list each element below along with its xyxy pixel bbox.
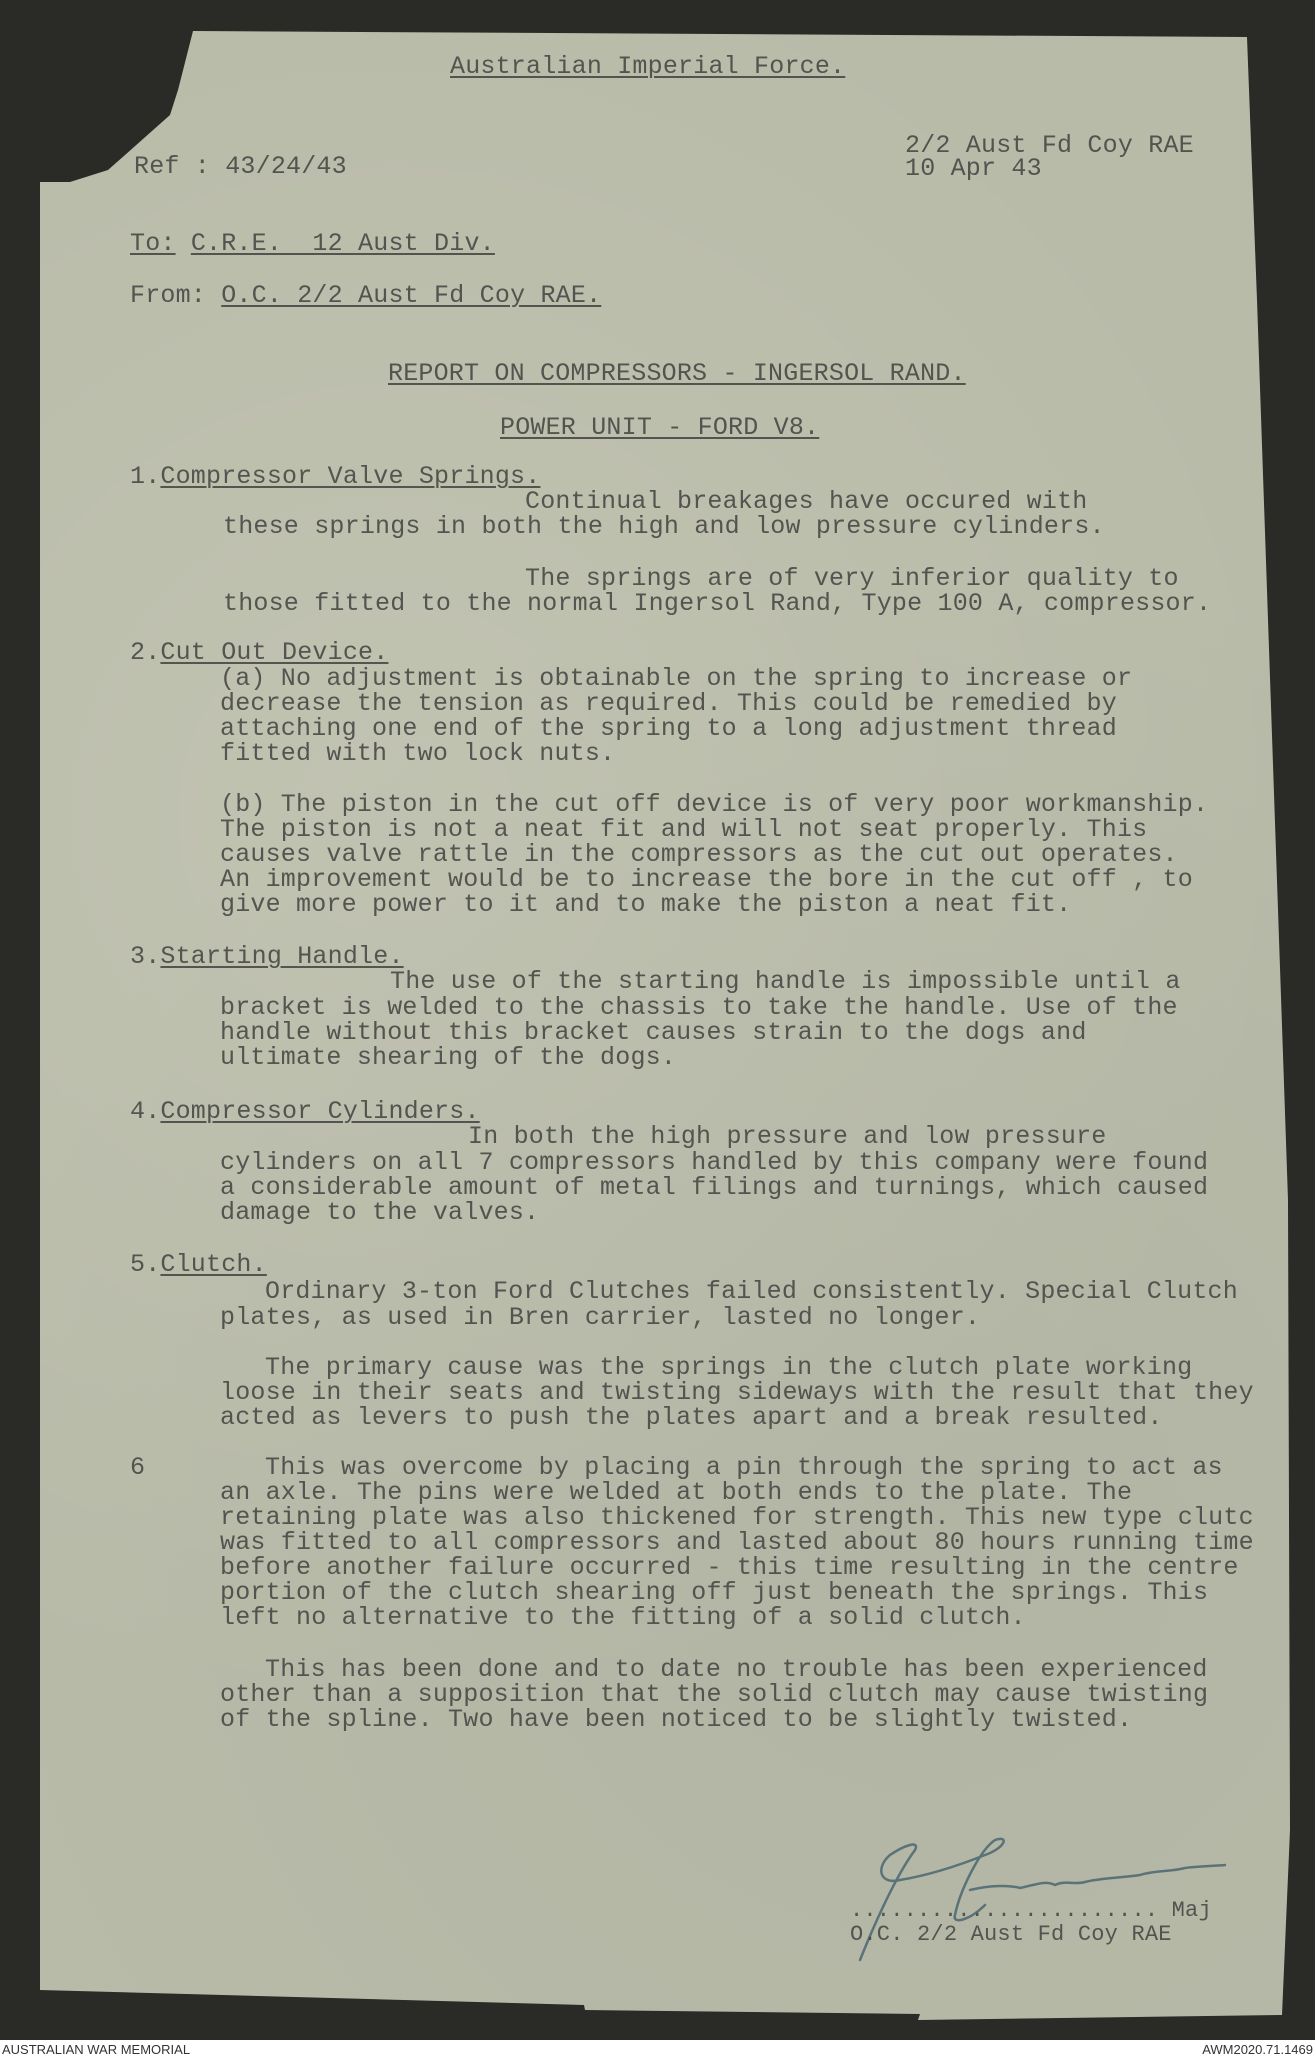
- body-line: give more power to it and to make the pi…: [220, 892, 1071, 917]
- body-line: an axle. The pins were welded at both en…: [220, 1480, 1132, 1505]
- footer-institution: AUSTRALIAN WAR MEMORIAL: [2, 2042, 190, 2057]
- body-line: left no alternative to the fitting of a …: [220, 1605, 1026, 1630]
- body-line: This was overcome by placing a pin throu…: [265, 1455, 1223, 1480]
- to-line: To: C.R.E. 12 Aust Div.: [130, 231, 495, 256]
- section-3-heading: 3.Starting Handle.: [130, 944, 404, 969]
- body-line: other than a supposition that the solid …: [220, 1682, 1208, 1707]
- from-label: From:: [130, 281, 206, 310]
- report-subtitle: POWER UNIT - FORD V8.: [500, 415, 819, 440]
- section-title: Cut Out Device.: [160, 638, 388, 667]
- body-line: The primary cause was the springs in the…: [265, 1355, 1192, 1380]
- body-line: Ordinary 3-ton Ford Clutches failed cons…: [265, 1279, 1238, 1304]
- body-line: ultimate shearing of the dogs.: [220, 1045, 676, 1070]
- body-line: plates, as used in Bren carrier, lasted …: [220, 1305, 980, 1330]
- section-number: 4.: [130, 1097, 160, 1126]
- body-line: those fitted to the normal Ingersol Rand…: [223, 591, 1211, 616]
- body-line: a considerable amount of metal filings a…: [220, 1175, 1208, 1200]
- section-title: Compressor Valve Springs.: [160, 462, 540, 491]
- body-line: Continual breakages have occured with: [525, 489, 1088, 514]
- body-line: these springs in both the high and low p…: [223, 514, 1105, 539]
- signature-dots-rank: ....................... Maj: [850, 1898, 1212, 1923]
- body-line: This has been done and to date no troubl…: [265, 1657, 1208, 1682]
- to-value: C.R.E. 12 Aust Div.: [191, 229, 495, 258]
- body-line: decrease the tension as required. This c…: [220, 691, 1117, 716]
- body-line: loose in their seats and twisting sidewa…: [220, 1380, 1254, 1405]
- body-line: fitted with two lock nuts.: [220, 741, 615, 766]
- body-line: The use of the starting handle is imposs…: [390, 969, 1181, 994]
- section-title: Starting Handle.: [160, 942, 403, 971]
- section-title: Clutch.: [160, 1250, 266, 1279]
- body-line: In both the high pressure and low pressu…: [468, 1124, 1107, 1149]
- section-number: 5.: [130, 1250, 160, 1279]
- report-title: REPORT ON COMPRESSORS - INGERSOL RAND.: [388, 361, 966, 386]
- body-line: retaining plate was also thickened for s…: [220, 1505, 1254, 1530]
- body-line: attaching one end of the spring to a lon…: [220, 716, 1117, 741]
- body-line: acted as levers to push the plates apart…: [220, 1405, 1163, 1430]
- body-line: handle without this bracket causes strai…: [220, 1020, 1087, 1045]
- to-label: To:: [130, 229, 176, 258]
- body-line: (a) No adjustment is obtainable on the s…: [220, 666, 1132, 691]
- signature-title: O.C. 2/2 Aust Fd Coy RAE: [850, 1922, 1172, 1947]
- section-6-number: 6: [130, 1455, 145, 1480]
- body-line: before another failure occurred - this t…: [220, 1555, 1239, 1580]
- section-number: 3.: [130, 942, 160, 971]
- document-date: 10 Apr 43: [905, 156, 1042, 181]
- document-heading: Australian Imperial Force.: [450, 54, 845, 79]
- from-value: O.C. 2/2 Aust Fd Coy RAE.: [221, 281, 601, 310]
- body-line: The piston is not a neat fit and will no…: [220, 817, 1147, 842]
- footer-accession-number: AWM2020.71.1469: [1202, 2042, 1313, 2057]
- body-line: portion of the clutch shearing off just …: [220, 1580, 1208, 1605]
- body-line: was fitted to all compressors and lasted…: [220, 1530, 1254, 1555]
- section-5-heading: 5.Clutch.: [130, 1252, 267, 1277]
- section-4-heading: 4.Compressor Cylinders.: [130, 1099, 480, 1124]
- from-line: From: O.C. 2/2 Aust Fd Coy RAE.: [130, 283, 601, 308]
- body-line: The springs are of very inferior quality…: [525, 566, 1179, 591]
- body-line: cylinders on all 7 compressors handled b…: [220, 1150, 1208, 1175]
- body-line: of the spline. Two have been noticed to …: [220, 1707, 1132, 1732]
- body-line: damage to the valves.: [220, 1200, 539, 1225]
- section-2-heading: 2.Cut Out Device.: [130, 640, 388, 665]
- section-number: 2.: [130, 638, 160, 667]
- body-line: An improvement would be to increase the …: [220, 867, 1193, 892]
- section-1-heading: 1.Compressor Valve Springs.: [130, 464, 540, 489]
- body-line: bracket is welded to the chassis to take…: [220, 995, 1178, 1020]
- section-number: 1.: [130, 462, 160, 491]
- section-title: Compressor Cylinders.: [160, 1097, 479, 1126]
- reference-number: Ref : 43/24/43: [134, 154, 347, 179]
- body-line: causes valve rattle in the compressors a…: [220, 842, 1178, 867]
- body-line: (b) The piston in the cut off device is …: [220, 792, 1208, 817]
